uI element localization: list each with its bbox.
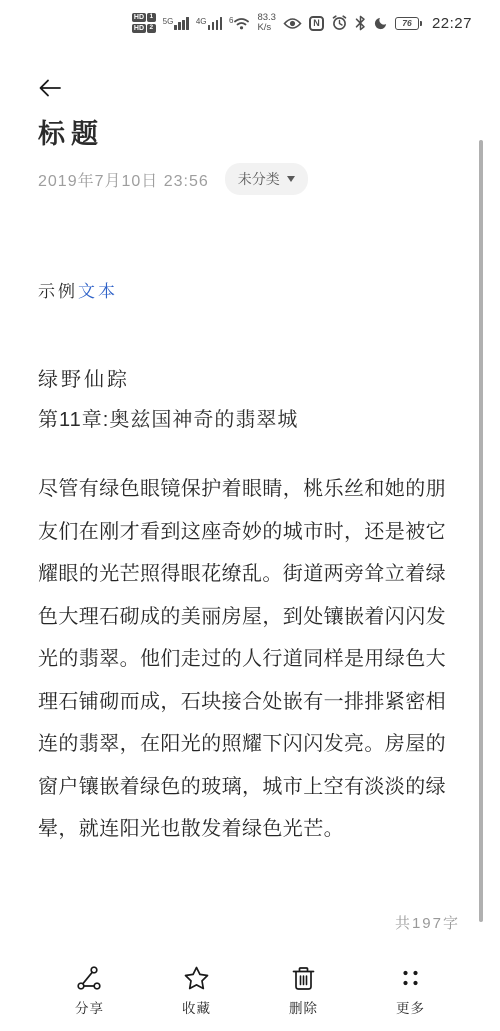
star-icon (183, 965, 210, 992)
network-type-label: 5G (163, 18, 174, 26)
paragraph-line: 色大理石砌成的美丽房屋，到处镶嵌着闪闪发 (38, 596, 464, 639)
trash-icon (290, 965, 317, 992)
eye-protection-icon (283, 17, 302, 30)
hd-label: HD (132, 24, 146, 33)
paragraph-line: 耀眼的光芒照得眼花缭乱。街道两旁耸立着绿 (38, 553, 464, 596)
paragraph-line: 连的翡翠，在阳光的照耀下闪闪发亮。房屋的 (38, 723, 464, 766)
status-bar: HD 1 HD 2 5G 4G 6 (0, 0, 500, 46)
paragraph-line: 晕，就连阳光也散发着绿色光芒。 (38, 808, 464, 851)
network-type-label: 4G (196, 18, 207, 26)
chevron-down-icon (287, 176, 295, 182)
bluetooth-icon (355, 15, 366, 31)
note-paragraph: 尽管有绿色眼镜保护着眼睛，桃乐丝和她的朋 友们在刚才看到这座奇妙的城市时，还是被… (38, 468, 464, 851)
more-button[interactable]: 更多 (357, 959, 464, 1031)
share-button[interactable]: 分享 (36, 959, 143, 1031)
category-label: 未分类 (238, 169, 280, 189)
share-icon (76, 965, 103, 992)
sample-text-link[interactable]: 文本 (78, 282, 118, 301)
alarm-icon (331, 15, 348, 31)
signal-bars-icon (208, 17, 223, 30)
back-button[interactable] (36, 72, 68, 104)
sample-text: 示例 (38, 282, 78, 301)
toolbar-label: 分享 (75, 997, 104, 1017)
battery-level: 76 (395, 17, 419, 30)
book-title: 绿野仙踪 (38, 360, 464, 400)
volte-hd-icons: HD 1 HD 2 (132, 13, 156, 33)
hd-label: HD (132, 13, 146, 22)
paragraph-line: 友们在刚才看到这座奇妙的城市时，还是被它 (38, 511, 464, 554)
battery-icon: 76 (395, 17, 422, 30)
clock-time: 22:27 (432, 15, 472, 32)
notes-app-screen: HD 1 HD 2 5G 4G 6 (0, 0, 500, 1031)
paragraph-line: 窗户镶嵌着绿色的玻璃，城市上空有淡淡的绿 (38, 766, 464, 809)
toolbar-label: 更多 (396, 997, 425, 1017)
chapter-title: 第11章:奥兹国神奇的翡翠城 (38, 400, 464, 440)
network-speed: 83.3 K/s (257, 13, 276, 34)
more-icon (397, 965, 424, 992)
paragraph-line: 理石铺砌而成，石块接合处嵌有一排排紧密相 (38, 681, 464, 724)
signal-sim2-icon: 4G (196, 17, 222, 30)
note-body[interactable]: 示例文本 绿野仙踪 第11章:奥兹国神奇的翡翠城 尽管有绿色眼镜保护着眼睛，桃乐… (38, 277, 464, 851)
delete-button[interactable]: 删除 (250, 959, 357, 1031)
hd-sim2-icon: HD 2 (132, 24, 156, 33)
category-selector[interactable]: 未分类 (225, 163, 308, 195)
toolbar-label: 收藏 (182, 997, 211, 1017)
back-arrow-icon (36, 74, 64, 102)
signal-sim1-icon: 5G (163, 17, 189, 30)
bottom-toolbar: 分享 收藏 删除 更多 (0, 959, 500, 1031)
hd-sim-number: 1 (147, 13, 156, 22)
signal-bars-icon (174, 17, 189, 30)
do-not-disturb-moon-icon (373, 16, 388, 31)
wifi-icon: 6 (229, 16, 250, 30)
favorite-button[interactable]: 收藏 (143, 959, 250, 1031)
toolbar-label: 删除 (289, 997, 318, 1017)
scrollbar[interactable] (479, 140, 483, 922)
nfc-icon: N (309, 16, 324, 31)
sample-text-line: 示例文本 (38, 277, 464, 302)
note-title[interactable]: 标题 (38, 112, 500, 151)
speed-unit: K/s (257, 23, 271, 33)
note-datetime: 2019年7月10日 23:56 (38, 168, 209, 191)
word-count: 共197字 (395, 912, 460, 933)
paragraph-line: 光的翡翠。他们走过的人行道同样是用绿色大 (38, 638, 464, 681)
paragraph-line: 尽管有绿色眼镜保护着眼睛，桃乐丝和她的朋 (38, 468, 464, 511)
hd-sim-number: 2 (147, 24, 156, 33)
note-meta-row: 2019年7月10日 23:56 未分类 (38, 163, 500, 195)
hd-sim1-icon: HD 1 (132, 13, 156, 22)
